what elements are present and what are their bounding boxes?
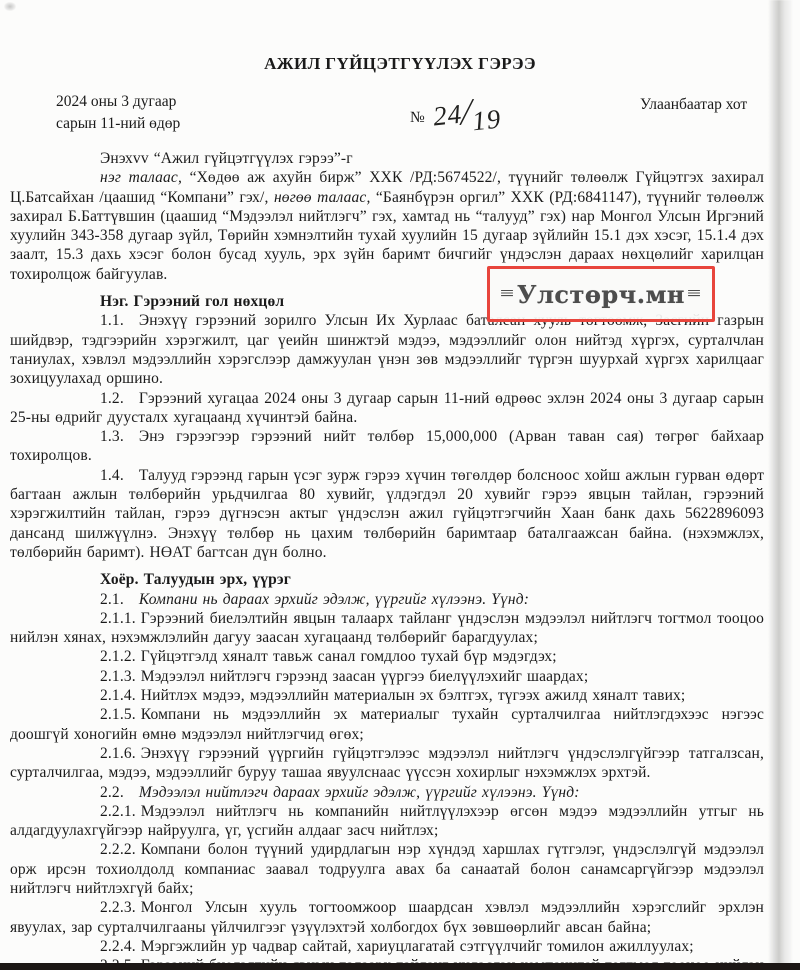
- clause-number: 1.3.: [100, 428, 124, 445]
- clause-number: 2.1.2.: [100, 648, 136, 665]
- clause-number: 2.1.: [100, 591, 124, 608]
- clause-2-1-4: 2.1.4.Нийтлэх мэдээ, мэдээллийн материал…: [10, 686, 764, 705]
- watermark-stamp: ≡ Улстөрч.мн ≡: [487, 266, 715, 322]
- clause-2-1-3: 2.1.3.Мэдээлэл нийтлэгч гэрээнд заасан ү…: [10, 667, 764, 686]
- city-label: Улаанбаатар хот: [640, 96, 790, 114]
- watermark-text: Улстөрч.мн: [517, 280, 685, 309]
- clause-number: 2.2.1.: [100, 803, 136, 820]
- wing-left-icon: ≡: [500, 286, 515, 303]
- clause-2-1-5: 2.1.5.Компани нь мэдээллийн эх материалы…: [10, 705, 764, 744]
- clause-number: 2.1.4.: [100, 687, 136, 704]
- clause-number: 2.2.4.: [100, 938, 136, 955]
- clause-text: Мэргэжлийн ур чадвар сайтай, хариуцлагат…: [141, 938, 694, 955]
- clause-number: 2.1.1.: [100, 610, 136, 627]
- clause-number: 2.1.3.: [100, 668, 136, 685]
- clause-2-2-2: 2.2.2.Компани болон түүний удирдлагын нэ…: [10, 840, 764, 898]
- clause-2-2: 2.2.Мэдээлэл нийтлэгч дараах эрхийг эдэл…: [10, 783, 764, 802]
- document-number: №24/19: [410, 96, 500, 130]
- intro-seg-1: нэг талаас,: [100, 169, 190, 186]
- clause-text: Мэдээлэл нийтлэгч гэрээнд заасан үүргээ …: [141, 668, 589, 685]
- clause-1-2: 1.2.Гэрээний хугацаа 2024 оны 3 дугаар с…: [10, 389, 764, 428]
- clause-text: Гүйцэтгэлд хяналт тавьж санал гомдлоо ту…: [141, 648, 557, 665]
- clause-2-1-6: 2.1.6.Энэхүү гэрээний үүргийн гүйцэтгэлэ…: [10, 744, 764, 783]
- intro-line: Энэхvv “Ажил гүйцэтгүүлэх гэрээ”-г: [10, 149, 764, 168]
- wing-right-icon: ≡: [687, 286, 702, 303]
- page-title: АЖИЛ ГҮЙЦЭТГҮҮЛЭХ ГЭРЭЭ: [0, 54, 800, 74]
- clause-2-1-2: 2.1.2.Гүйцэтгэлд хяналт тавьж санал гомд…: [10, 647, 764, 666]
- clause-number: 2.1.6.: [100, 745, 136, 762]
- clause-text: Нийтлэх мэдээ, мэдээллийн материалын эх …: [141, 687, 686, 704]
- clause-2-1: 2.1.Компани нь дараах эрхийг эдэлж, үүрг…: [10, 590, 764, 609]
- scanned-contract-page: АЖИЛ ГҮЙЦЭТГҮҮЛЭХ ГЭРЭЭ 2024 оны 3 дугаа…: [0, 0, 800, 970]
- clause-number: 2.2.3.: [100, 899, 136, 916]
- date-line-1: 2024 оны 3 дугаар: [56, 91, 180, 113]
- clause-1-3: 1.3.Энэ гэрээгээр гэрээний нийт төлбөр 1…: [10, 427, 764, 466]
- number-numerator: 24: [431, 99, 463, 132]
- clause-number: 1.1.: [100, 312, 124, 329]
- clause-text: Компани нь дараах эрхийг эдэлж, үүргийг …: [139, 591, 529, 608]
- clause-text: Мэдээлэл нийтлэгч дараах эрхийг эдэлж, ү…: [139, 784, 580, 801]
- clause-number: 2.2.2.: [100, 841, 136, 858]
- clause-number: 1.2.: [100, 390, 124, 407]
- clause-1-4: 1.4.Талууд гэрээнд гарын үсэг зурж гэрээ…: [10, 466, 764, 562]
- clause-1-1: 1.1.Энэхүү гэрээний зорилго Улсын Их Хур…: [10, 311, 764, 388]
- number-symbol: №: [410, 109, 425, 126]
- clause-number: 2.1.5.: [100, 706, 136, 723]
- clause-number: 2.2.: [100, 784, 124, 801]
- clause-2-2-1: 2.2.1.Мэдээлэл нийтлэгч нь компанийн ний…: [10, 802, 764, 841]
- date-line-2: сарын 11-ний өдөр: [56, 113, 180, 135]
- document-date: 2024 оны 3 дугаар сарын 11-ний өдөр: [56, 91, 180, 135]
- clause-2-1-1: 2.1.1.Гэрээний биелэлтийн явцын талаарх …: [10, 609, 764, 648]
- scan-corner-artifact: [4, 2, 16, 11]
- page-edge-shadow: [768, 0, 792, 970]
- clause-2-2-3: 2.2.3.Монгол Улсын хууль тогтоомжоор шаа…: [10, 898, 764, 937]
- section-two-heading: Хоёр. Талуудын эрх, үүрэг: [10, 570, 764, 589]
- clause-number: 1.4.: [100, 467, 124, 484]
- number-denominator: 19: [470, 104, 502, 138]
- handwritten-number: 24/19: [431, 93, 502, 134]
- intro-seg-3: нөгөө талаас,: [274, 189, 376, 206]
- clause-2-2-4: 2.2.4.Мэргэжлийн ур чадвар сайтай, хариу…: [10, 937, 764, 956]
- scan-bottom-bar: [0, 963, 800, 970]
